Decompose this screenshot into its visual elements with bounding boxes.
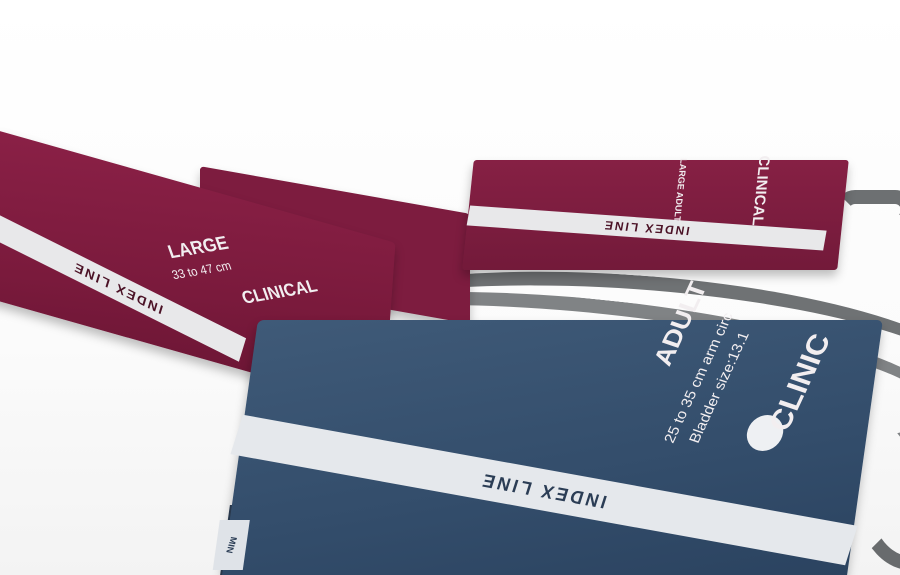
cuff-size-label: LARGE ADULT (672, 158, 689, 222)
min-tab: MIN (213, 520, 250, 570)
navy-cuff-front: ADULT 25 to 35 cm arm circ Bladder size:… (222, 320, 883, 575)
index-line-strip: INDEX LINE (467, 205, 827, 250)
index-line-label: INDEX LINE (478, 468, 610, 511)
min-tab-label: MIN (224, 536, 239, 554)
product-photo: INDEX LINE LARGE 33 to 47 cm CLINICAL IN… (0, 0, 900, 575)
index-line-label: INDEX LINE (71, 259, 165, 317)
maroon-cuff-right: INDEX LINE LARGE ADULT CLINICAL (462, 160, 849, 270)
brand-label: CLINICAL (239, 276, 320, 309)
brand-label: CLINIC (763, 330, 838, 436)
brand-label: CLINICAL (748, 156, 772, 226)
